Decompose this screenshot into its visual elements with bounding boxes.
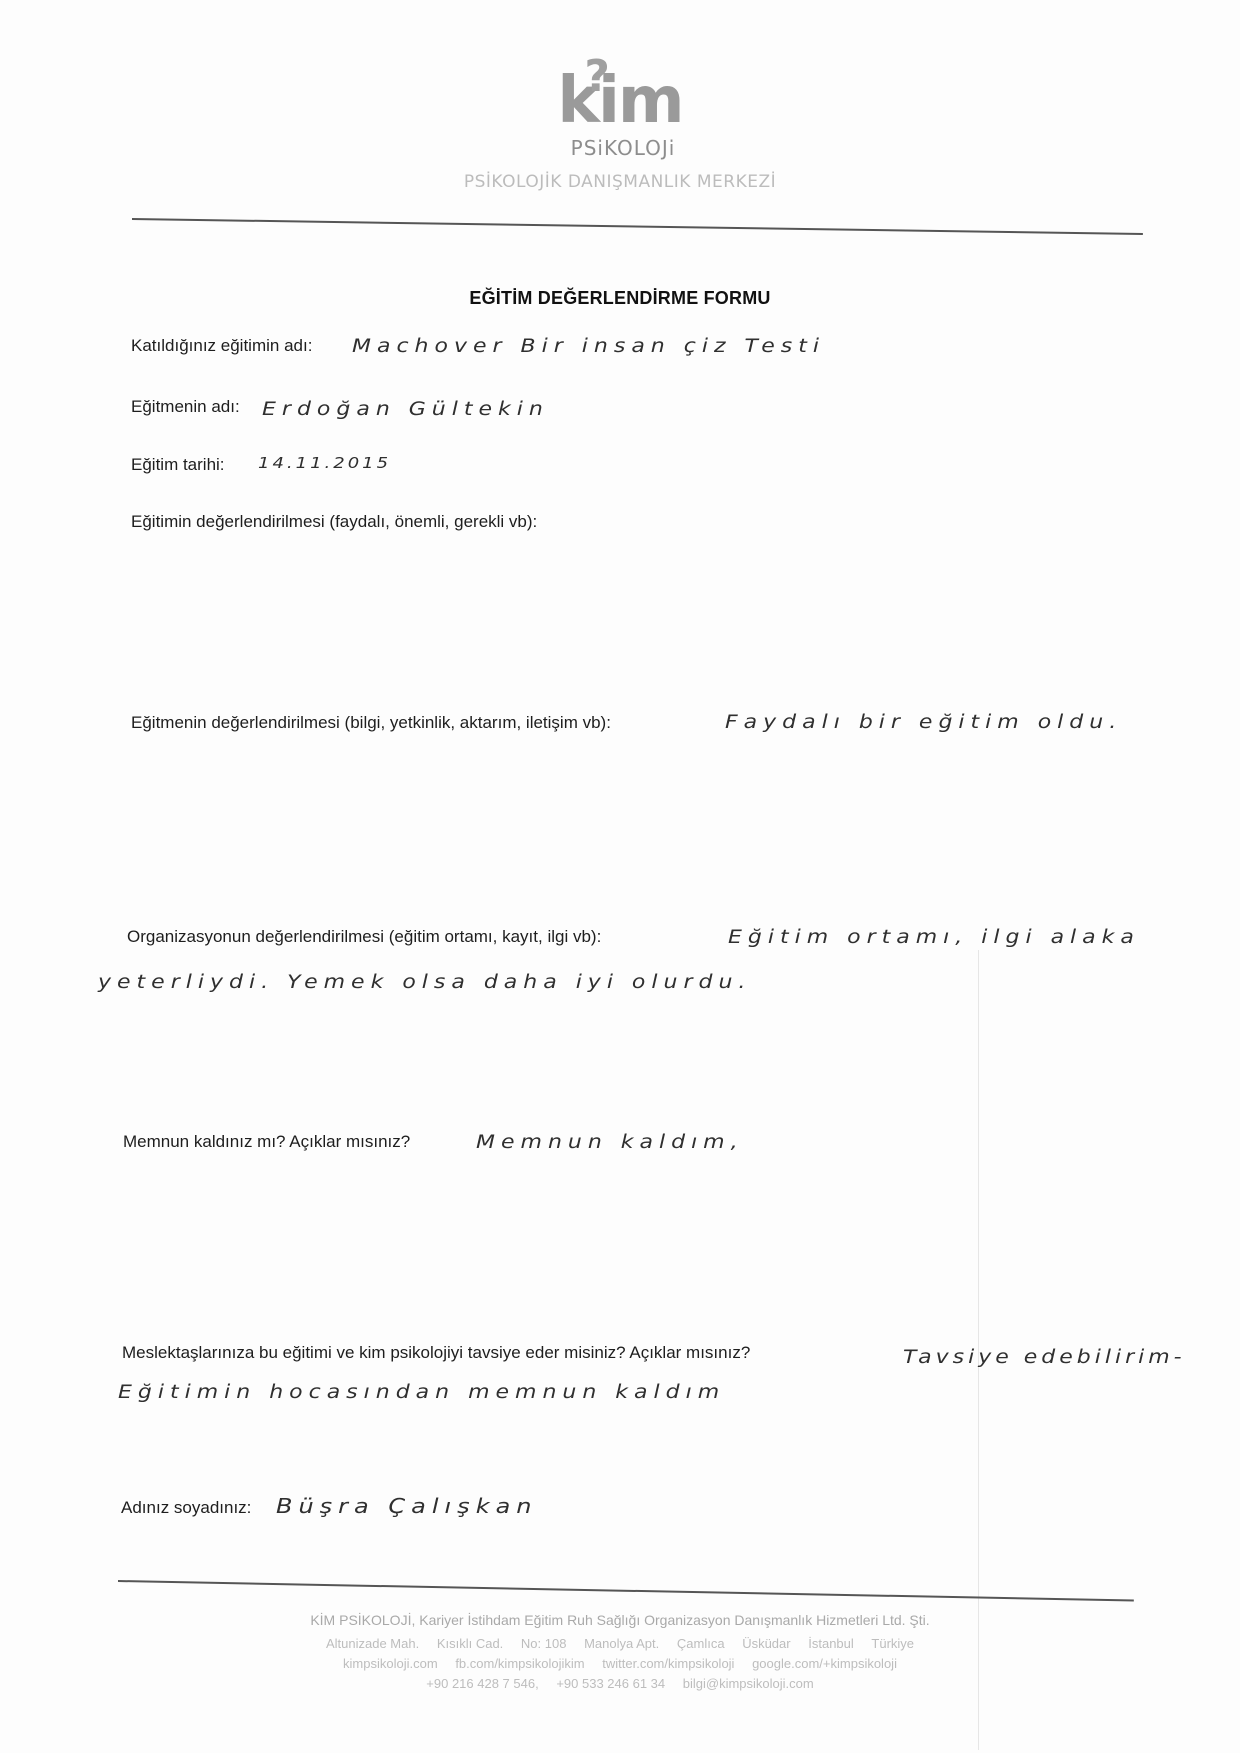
logo-wordmark: kim: [557, 64, 682, 138]
logo-subtitle: PSiKOLOJi: [6, 136, 1240, 160]
footer-address-part: No: 108: [521, 1636, 567, 1651]
training-name-label: Katıldığınız eğitimin adı:: [131, 336, 312, 356]
footer-divider: [118, 1580, 1134, 1602]
satisfaction-label: Memnun kaldınız mı? Açıklar mısınız?: [123, 1132, 410, 1152]
logo-tagline: PSİKOLOJİK DANIŞMANLIK MERKEZİ: [0, 172, 1240, 192]
footer-twitter-link: twitter.com/kimpsikoloji: [602, 1656, 734, 1671]
footer-google-link: google.com/+kimpsikoloji: [752, 1656, 897, 1671]
footer-facebook-link: fb.com/kimpsikolojikim: [455, 1656, 584, 1671]
question-mark-icon: ?: [584, 46, 608, 108]
footer-phone-1: +90 216 428 7 546,: [426, 1676, 538, 1691]
recommendation-answer-line1[interactable]: Tavsiye edebilirim-: [903, 1347, 1186, 1368]
footer-address-part: Türkiye: [871, 1636, 914, 1651]
header-divider: [132, 218, 1143, 235]
trainer-name-label: Eğitmenin adı:: [131, 397, 240, 417]
training-date-answer[interactable]: 14.11.2015: [258, 455, 391, 473]
form-page: kim ? PSiKOLOJi PSİKOLOJİK DANIŞMANLIK M…: [0, 0, 1240, 1753]
logo-mark: kim ?: [557, 70, 682, 132]
training-evaluation-label: Eğitimin değerlendirilmesi (faydalı, öne…: [131, 512, 537, 532]
footer-address: Altunizade Mah. Kısıklı Cad. No: 108 Man…: [0, 1636, 1240, 1651]
training-name-answer[interactable]: Machover Bir insan çiz Testi: [352, 336, 825, 357]
logo: kim ? PSiKOLOJi: [0, 70, 1240, 160]
footer-address-part: Altunizade Mah.: [326, 1636, 419, 1651]
organization-evaluation-answer-line2[interactable]: yeterliydi. Yemek olsa daha iyi olurdu.: [98, 972, 751, 993]
footer-address-part: İstanbul: [808, 1636, 854, 1651]
footer-address-part: Kısıklı Cad.: [437, 1636, 503, 1651]
organization-evaluation-answer-line1[interactable]: Eğitim ortamı, ilgi alaka: [728, 927, 1140, 948]
organization-evaluation-label: Organizasyonun değerlendirilmesi (eğitim…: [127, 927, 601, 947]
recommendation-answer-line2[interactable]: Eğitimin hocasından memnun kaldım: [118, 1382, 725, 1403]
footer-email: bilgi@kimpsikoloji.com: [683, 1676, 814, 1691]
full-name-answer[interactable]: Büşra Çalışkan: [276, 1494, 538, 1518]
full-name-label: Adınız soyadınız:: [121, 1498, 251, 1518]
trainer-name-answer[interactable]: Erdoğan Gültekin: [262, 399, 549, 420]
form-title: EĞİTİM DEĞERLENDİRME FORMU: [0, 288, 1240, 309]
trainer-evaluation-answer[interactable]: Faydalı bir eğitim oldu.: [725, 712, 1122, 733]
footer-address-part: Üsküdar: [742, 1636, 790, 1651]
footer-company: KİM PSİKOLOJİ, Kariyer İstihdam Eğitim R…: [0, 1612, 1240, 1628]
training-date-label: Eğitim tarihi:: [131, 455, 225, 475]
recommendation-label: Meslektaşlarınıza bu eğitimi ve kim psik…: [122, 1343, 750, 1363]
footer-address-part: Çamlıca: [677, 1636, 725, 1651]
trainer-evaluation-label: Eğitmenin değerlendirilmesi (bilgi, yetk…: [131, 713, 611, 733]
satisfaction-answer[interactable]: Memnun kaldım,: [476, 1132, 744, 1153]
footer-address-part: Manolya Apt.: [584, 1636, 659, 1651]
footer-links: kimpsikoloji.com fb.com/kimpsikolojikim …: [0, 1656, 1240, 1671]
footer-phone-2: +90 533 246 61 34: [556, 1676, 665, 1691]
footer-contacts: +90 216 428 7 546, +90 533 246 61 34 bil…: [0, 1676, 1240, 1691]
footer-website-link: kimpsikoloji.com: [343, 1656, 438, 1671]
